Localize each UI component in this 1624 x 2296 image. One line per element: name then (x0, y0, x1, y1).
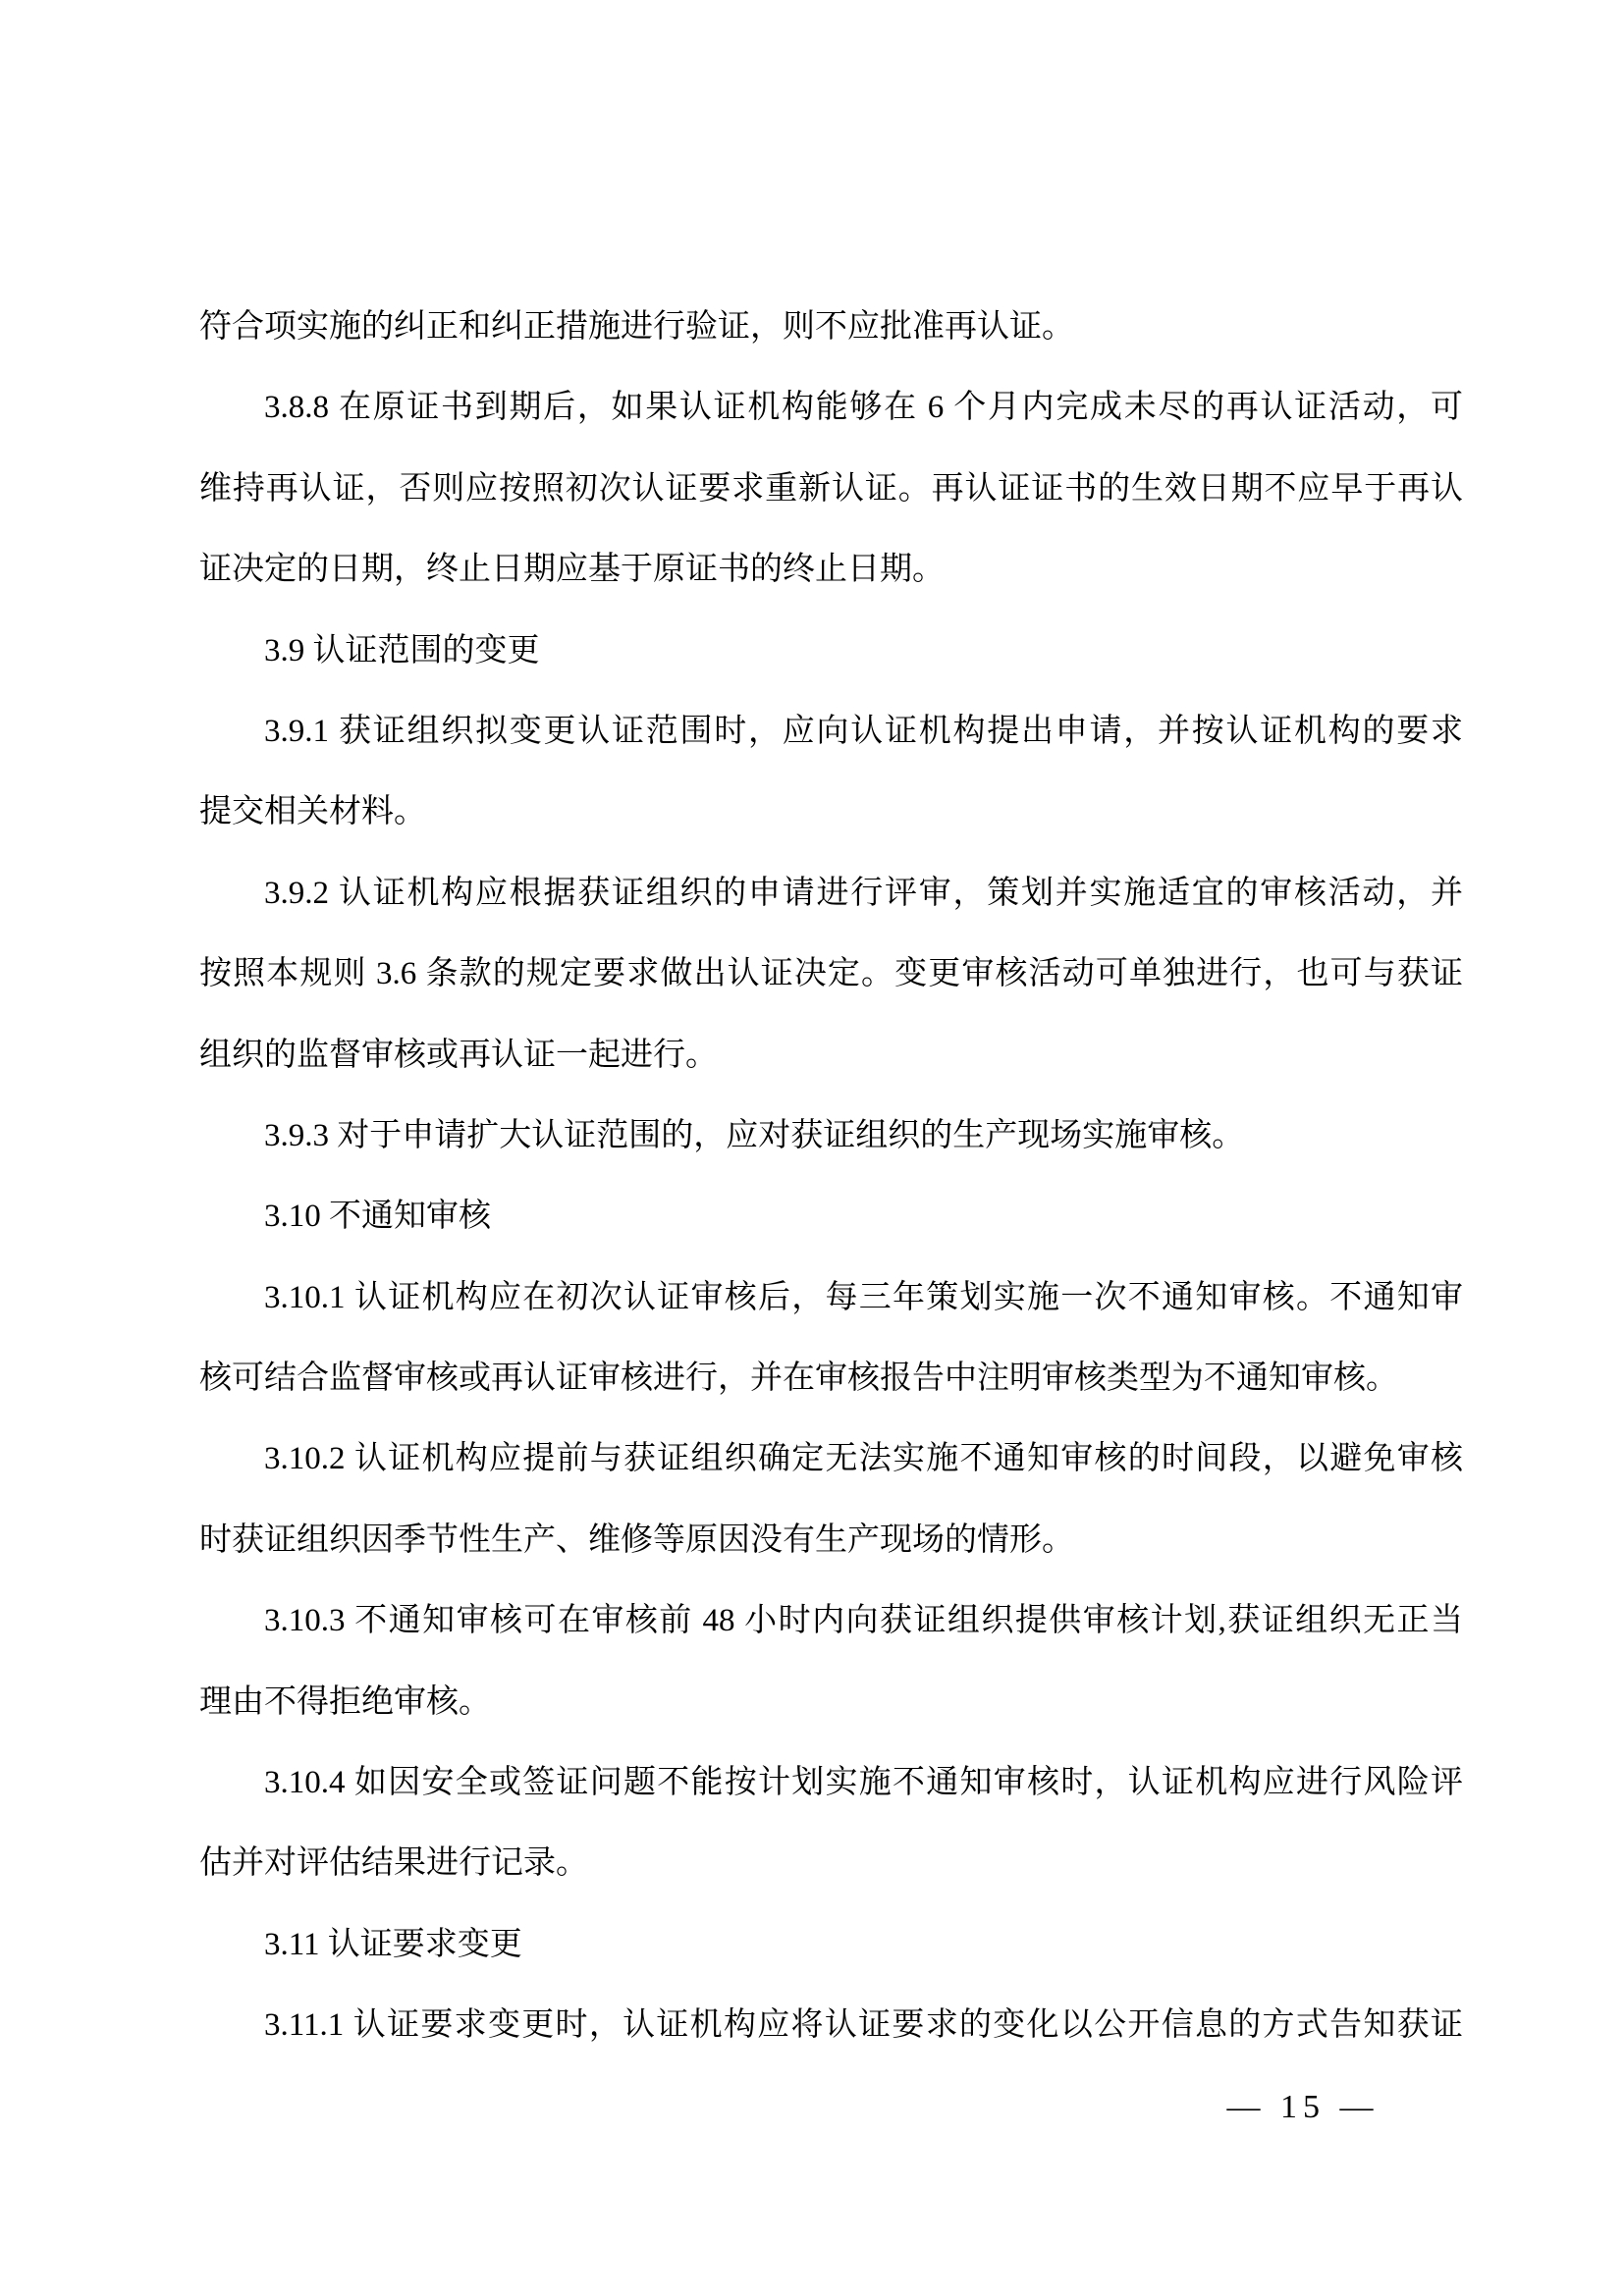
text-line-section-3-9-2: 3.9.2 认证机构应根据获证组织的申请进行评审，策划并实施适宜的审核活动，并 (199, 853, 1463, 934)
text-line: 符合项实施的纠正和纠正措施进行验证，则不应批准再认证。 (199, 287, 1463, 367)
text-line-heading-3-10: 3.10 不通知审核 (199, 1176, 1463, 1256)
document-page: 符合项实施的纠正和纠正措施进行验证，则不应批准再认证。 3.8.8 在原证书到期… (0, 0, 1624, 2296)
text-line: 核可结合监督审核或再认证审核进行，并在审核报告中注明审核类型为不通知审核。 (199, 1338, 1463, 1418)
text-line: 组织的监督审核或再认证一起进行。 (199, 1015, 1463, 1095)
document-text-block: 符合项实施的纠正和纠正措施进行验证，则不应批准再认证。 3.8.8 在原证书到期… (199, 287, 1463, 2066)
text-line-section-3-9-3: 3.9.3 对于申请扩大认证范围的，应对获证组织的生产现场实施审核。 (199, 1095, 1463, 1176)
text-line-section-3-9-1: 3.9.1 获证组织拟变更认证范围时，应向认证机构提出申请，并按认证机构的要求 (199, 691, 1463, 772)
text-line: 按照本规则 3.6 条款的规定要求做出认证决定。变更审核活动可单独进行，也可与获… (199, 934, 1463, 1014)
text-line: 时获证组织因季节性生产、维修等原因没有生产现场的情形。 (199, 1500, 1463, 1580)
text-line-heading-3-9: 3.9 认证范围的变更 (199, 611, 1463, 691)
text-line-section-3-11-1: 3.11.1 认证要求变更时，认证机构应将认证要求的变化以公开信息的方式告知获证 (199, 1985, 1463, 2065)
page-number: — 15 — (1126, 2067, 1480, 2148)
text-line: 维持再认证，否则应按照初次认证要求重新认证。再认证证书的生效日期不应早于再认 (199, 449, 1463, 529)
text-line: 证决定的日期，终止日期应基于原证书的终止日期。 (199, 529, 1463, 610)
text-line-section-3-8-8: 3.8.8 在原证书到期后，如果认证机构能够在 6 个月内完成未尽的再认证活动，… (199, 367, 1463, 448)
text-line-section-3-10-2: 3.10.2 认证机构应提前与获证组织确定无法实施不通知审核的时间段，以避免审核 (199, 1418, 1463, 1499)
text-line-section-3-10-3: 3.10.3 不通知审核可在审核前 48 小时内向获证组织提供审核计划,获证组织… (199, 1580, 1463, 1661)
text-line: 估并对评估结果进行记录。 (199, 1823, 1463, 1903)
text-line: 提交相关材料。 (199, 772, 1463, 852)
text-line: 理由不得拒绝审核。 (199, 1662, 1463, 1742)
text-line-section-3-10-4: 3.10.4 如因安全或签证问题不能按计划实施不通知审核时，认证机构应进行风险评 (199, 1742, 1463, 1823)
text-line-section-3-10-1: 3.10.1 认证机构应在初次认证审核后，每三年策划实施一次不通知审核。不通知审 (199, 1257, 1463, 1338)
text-line-heading-3-11: 3.11 认证要求变更 (199, 1904, 1463, 1985)
